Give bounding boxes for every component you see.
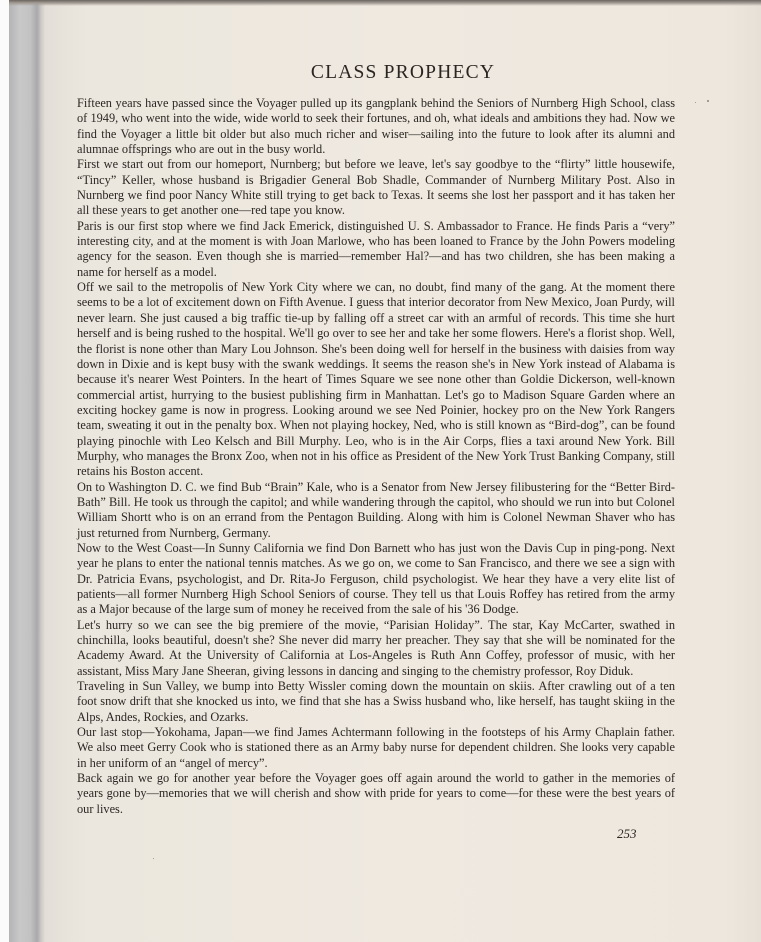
scanned-page: CLASS PROPHECY Fifteen years have passed… [0,0,761,942]
page-number: 253 [617,826,637,842]
paragraph-intro: Fifteen years have passed since the Voya… [77,96,675,157]
scan-top-shadow [9,0,761,6]
paper-speck [153,858,154,859]
paragraph-hollywood: Let's hurry so we can see the big premie… [77,618,675,679]
paragraph-closing: Back again we go for another year before… [77,771,675,817]
yearbook-page: CLASS PROPHECY Fifteen years have passed… [45,0,761,942]
paper-speck [707,100,709,102]
paragraph-west-coast: Now to the West Coast—In Sunny Californi… [77,541,675,618]
paragraph-nurnberg: First we start out from our homeport, Nu… [77,157,675,218]
book-gutter [9,0,45,942]
paragraph-paris: Paris is our first stop where we find Ja… [77,219,675,280]
paragraph-sun-valley: Traveling in Sun Valley, we bump into Be… [77,679,675,725]
paper-speck [695,102,696,103]
paragraph-new-york: Off we sail to the metropolis of New Yor… [77,280,675,479]
paragraph-yokohama: Our last stop—Yokohama, Japan—we find Ja… [77,725,675,771]
page-title: CLASS PROPHECY [45,62,761,84]
prophecy-text: Fifteen years have passed since the Voya… [77,96,675,817]
scan-margin [0,0,9,942]
paragraph-washington: On to Washington D. C. we find Bub “Brai… [77,480,675,541]
